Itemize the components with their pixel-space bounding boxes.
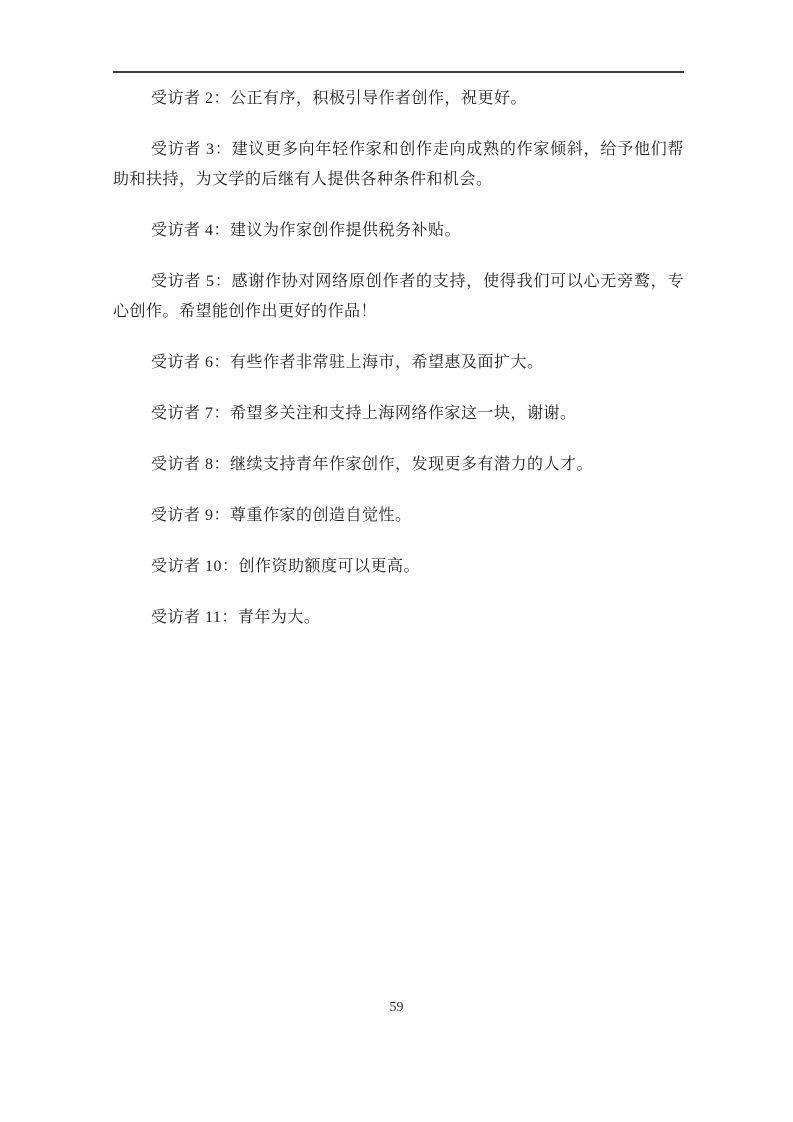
paragraph-respondent-10: 受访者 10：创作资助额度可以更高。 [113,552,684,582]
paragraph-respondent-5: 受访者 5：感谢作协对网络原创作者的支持，使得我们可以心无旁鹜，专心创作。希望能… [113,267,684,327]
paragraph-respondent-6: 受访者 6：有些作者非常驻上海市，希望惠及面扩大。 [113,348,684,378]
page-footer: 59 [0,998,793,1017]
paragraph-respondent-3: 受访者 3：建议更多向年轻作家和创作走向成熟的作家倾斜，给予他们帮助和扶持，为文… [113,135,684,195]
paragraph-respondent-2: 受访者 2：公正有序，积极引导作者创作，祝更好。 [113,84,684,114]
document-body: 受访者 2：公正有序，积极引导作者创作，祝更好。 受访者 3：建议更多向年轻作家… [113,84,684,654]
paragraph-respondent-7: 受访者 7：希望多关注和支持上海网络作家这一块，谢谢。 [113,399,684,429]
page-number: 59 [390,1000,404,1015]
paragraph-respondent-8: 受访者 8：继续支持青年作家创作，发现更多有潜力的人才。 [113,450,684,480]
paragraph-respondent-11: 受访者 11：青年为大。 [113,603,684,633]
header-divider-rule [113,71,684,73]
paragraph-respondent-9: 受访者 9：尊重作家的创造自觉性。 [113,501,684,531]
document-page: 受访者 2：公正有序，积极引导作者创作，祝更好。 受访者 3：建议更多向年轻作家… [0,0,793,1122]
paragraph-respondent-4: 受访者 4：建议为作家创作提供税务补贴。 [113,216,684,246]
